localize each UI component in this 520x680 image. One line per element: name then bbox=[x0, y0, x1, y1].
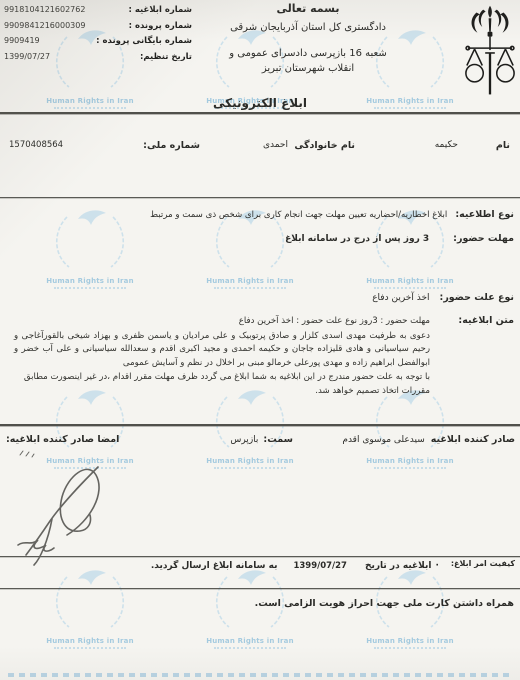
notice-body-line1: مهلت حضور : 3روز نوع علت حضور : اخذ آخری… bbox=[14, 315, 430, 329]
meta-row-notice-number: شماره ابلاغیه : 9918104121602762 bbox=[4, 5, 192, 15]
national-card-note: همراه داشتن کارت ملی جهت احراز هویت الزا… bbox=[255, 598, 514, 609]
delivery-quality-row: کیفیت امر ابلاغ: · ابلاغیه در تاریخ 1399… bbox=[151, 561, 515, 571]
branch-name-line2: انقلاب شهرستان تبریز bbox=[188, 61, 428, 76]
notice-body-line3: با توجه به علت حضور مندرج در این ابلاغیه… bbox=[14, 371, 430, 398]
delivery-quality-label: کیفیت امر ابلاغ: bbox=[451, 559, 515, 568]
case-number-value: 9909841216000309 bbox=[4, 21, 85, 30]
justice-department-name: دادگستری کل استان آذربایجان شرقی bbox=[188, 22, 428, 33]
issuer-name: سیدعلی موسوی اقدم bbox=[342, 435, 424, 445]
cutoff-watermark-strip bbox=[8, 673, 512, 677]
branch-name-line1: شعبه 16 بازپرسی دادسرای عمومی و bbox=[188, 46, 428, 61]
delivery-quality-prefix: ابلاغیه در تاریخ bbox=[365, 561, 431, 571]
meta-row-case-number: شماره پرونده : 9909841216000309 bbox=[4, 21, 192, 31]
bismillah-text: بسمه تعالی bbox=[188, 2, 428, 15]
document-meta-block: شماره ابلاغیه : 9918104121602762 شماره پ… bbox=[4, 5, 192, 67]
case-number-label: شماره پرونده : bbox=[129, 21, 192, 31]
national-id-label: شماره ملی: bbox=[143, 140, 200, 151]
notice-type-label: نوع اطلاعیه: bbox=[455, 209, 514, 220]
notice-body-label: متن ابلاغیه: bbox=[458, 315, 514, 326]
section-divider-4 bbox=[0, 588, 520, 589]
first-name-label: نام bbox=[496, 140, 510, 151]
section-divider-2 bbox=[0, 424, 520, 426]
reason-label: نوع علت حضور: bbox=[440, 292, 514, 303]
notice-number-value: 9918104121602762 bbox=[4, 5, 85, 14]
position-label: سمت: bbox=[263, 434, 293, 445]
deadline-value: 3 روز پس از درج در سامانه ابلاغ bbox=[285, 234, 429, 244]
issue-date-label: تاریخ تنظیم: bbox=[140, 52, 192, 62]
deadline-row: مهلت حضور: 3 روز پس از درج در سامانه ابل… bbox=[285, 233, 514, 244]
signature-label: امضا صادر کننده ابلاغیه: bbox=[6, 434, 119, 445]
deadline-label: مهلت حضور: bbox=[453, 233, 514, 244]
meta-row-archive-number: شماره بایگانی پرونده : 9909419 bbox=[4, 36, 192, 46]
judiciary-scales-logo-icon bbox=[463, 3, 517, 101]
notice-body-line2: دعوی به طرفیت مهدی اسدی کلزار و صادق پرت… bbox=[14, 330, 430, 371]
reason-value: اخذ آخرین دفاع bbox=[372, 293, 429, 303]
last-name-value: احمدی bbox=[263, 140, 288, 150]
delivery-quality-bullet: · bbox=[435, 561, 438, 571]
delivery-date: 1399/07/27 bbox=[293, 561, 347, 571]
last-name-label: نام خانوادگی bbox=[294, 140, 355, 151]
position-row: سمت: بازپرس bbox=[230, 434, 293, 445]
notice-type-value: ابلاغ اخطاریه/احضاریه تعیین مهلت جهت انج… bbox=[150, 210, 447, 220]
header-center: بسمه تعالی دادگستری کل استان آذربایجان ش… bbox=[188, 2, 428, 76]
meta-row-issue-date: تاریخ تنظیم: 1399/07/27 bbox=[4, 52, 192, 62]
national-id-value: 1570408564 bbox=[9, 140, 63, 150]
scanned-judicial-notice: Human Rights in Iran Human Rights in Ira… bbox=[0, 0, 520, 680]
notice-type-row: نوع اطلاعیه: ابلاغ اخطاریه/احضاریه تعیین… bbox=[150, 209, 514, 220]
notice-number-label: شماره ابلاغیه : bbox=[129, 5, 192, 15]
handwritten-signature bbox=[12, 447, 122, 567]
position-value: بازپرس bbox=[230, 435, 258, 445]
delivery-quality-suffix: به سامانه ابلاغ ارسال گردید. bbox=[151, 561, 278, 571]
archive-number-value: 9909419 bbox=[4, 36, 40, 45]
document-title: ابلاغ الکترونیکی bbox=[0, 96, 520, 110]
archive-number-label: شماره بایگانی پرونده : bbox=[96, 36, 192, 46]
issuer-label: صادر کننده ابلاغیه bbox=[431, 434, 515, 445]
reason-row: نوع علت حضور: اخذ آخرین دفاع bbox=[372, 292, 514, 303]
title-divider bbox=[0, 112, 520, 114]
section-divider-3 bbox=[0, 556, 520, 557]
section-divider-1 bbox=[0, 197, 520, 198]
issue-date-value: 1399/07/27 bbox=[4, 52, 50, 61]
first-name-value: حکیمه bbox=[435, 140, 458, 150]
issuer-row: صادر کننده ابلاغیه سیدعلی موسوی اقدم bbox=[342, 434, 515, 445]
notice-body-text: مهلت حضور : 3روز نوع علت حضور : اخذ آخری… bbox=[14, 315, 430, 399]
